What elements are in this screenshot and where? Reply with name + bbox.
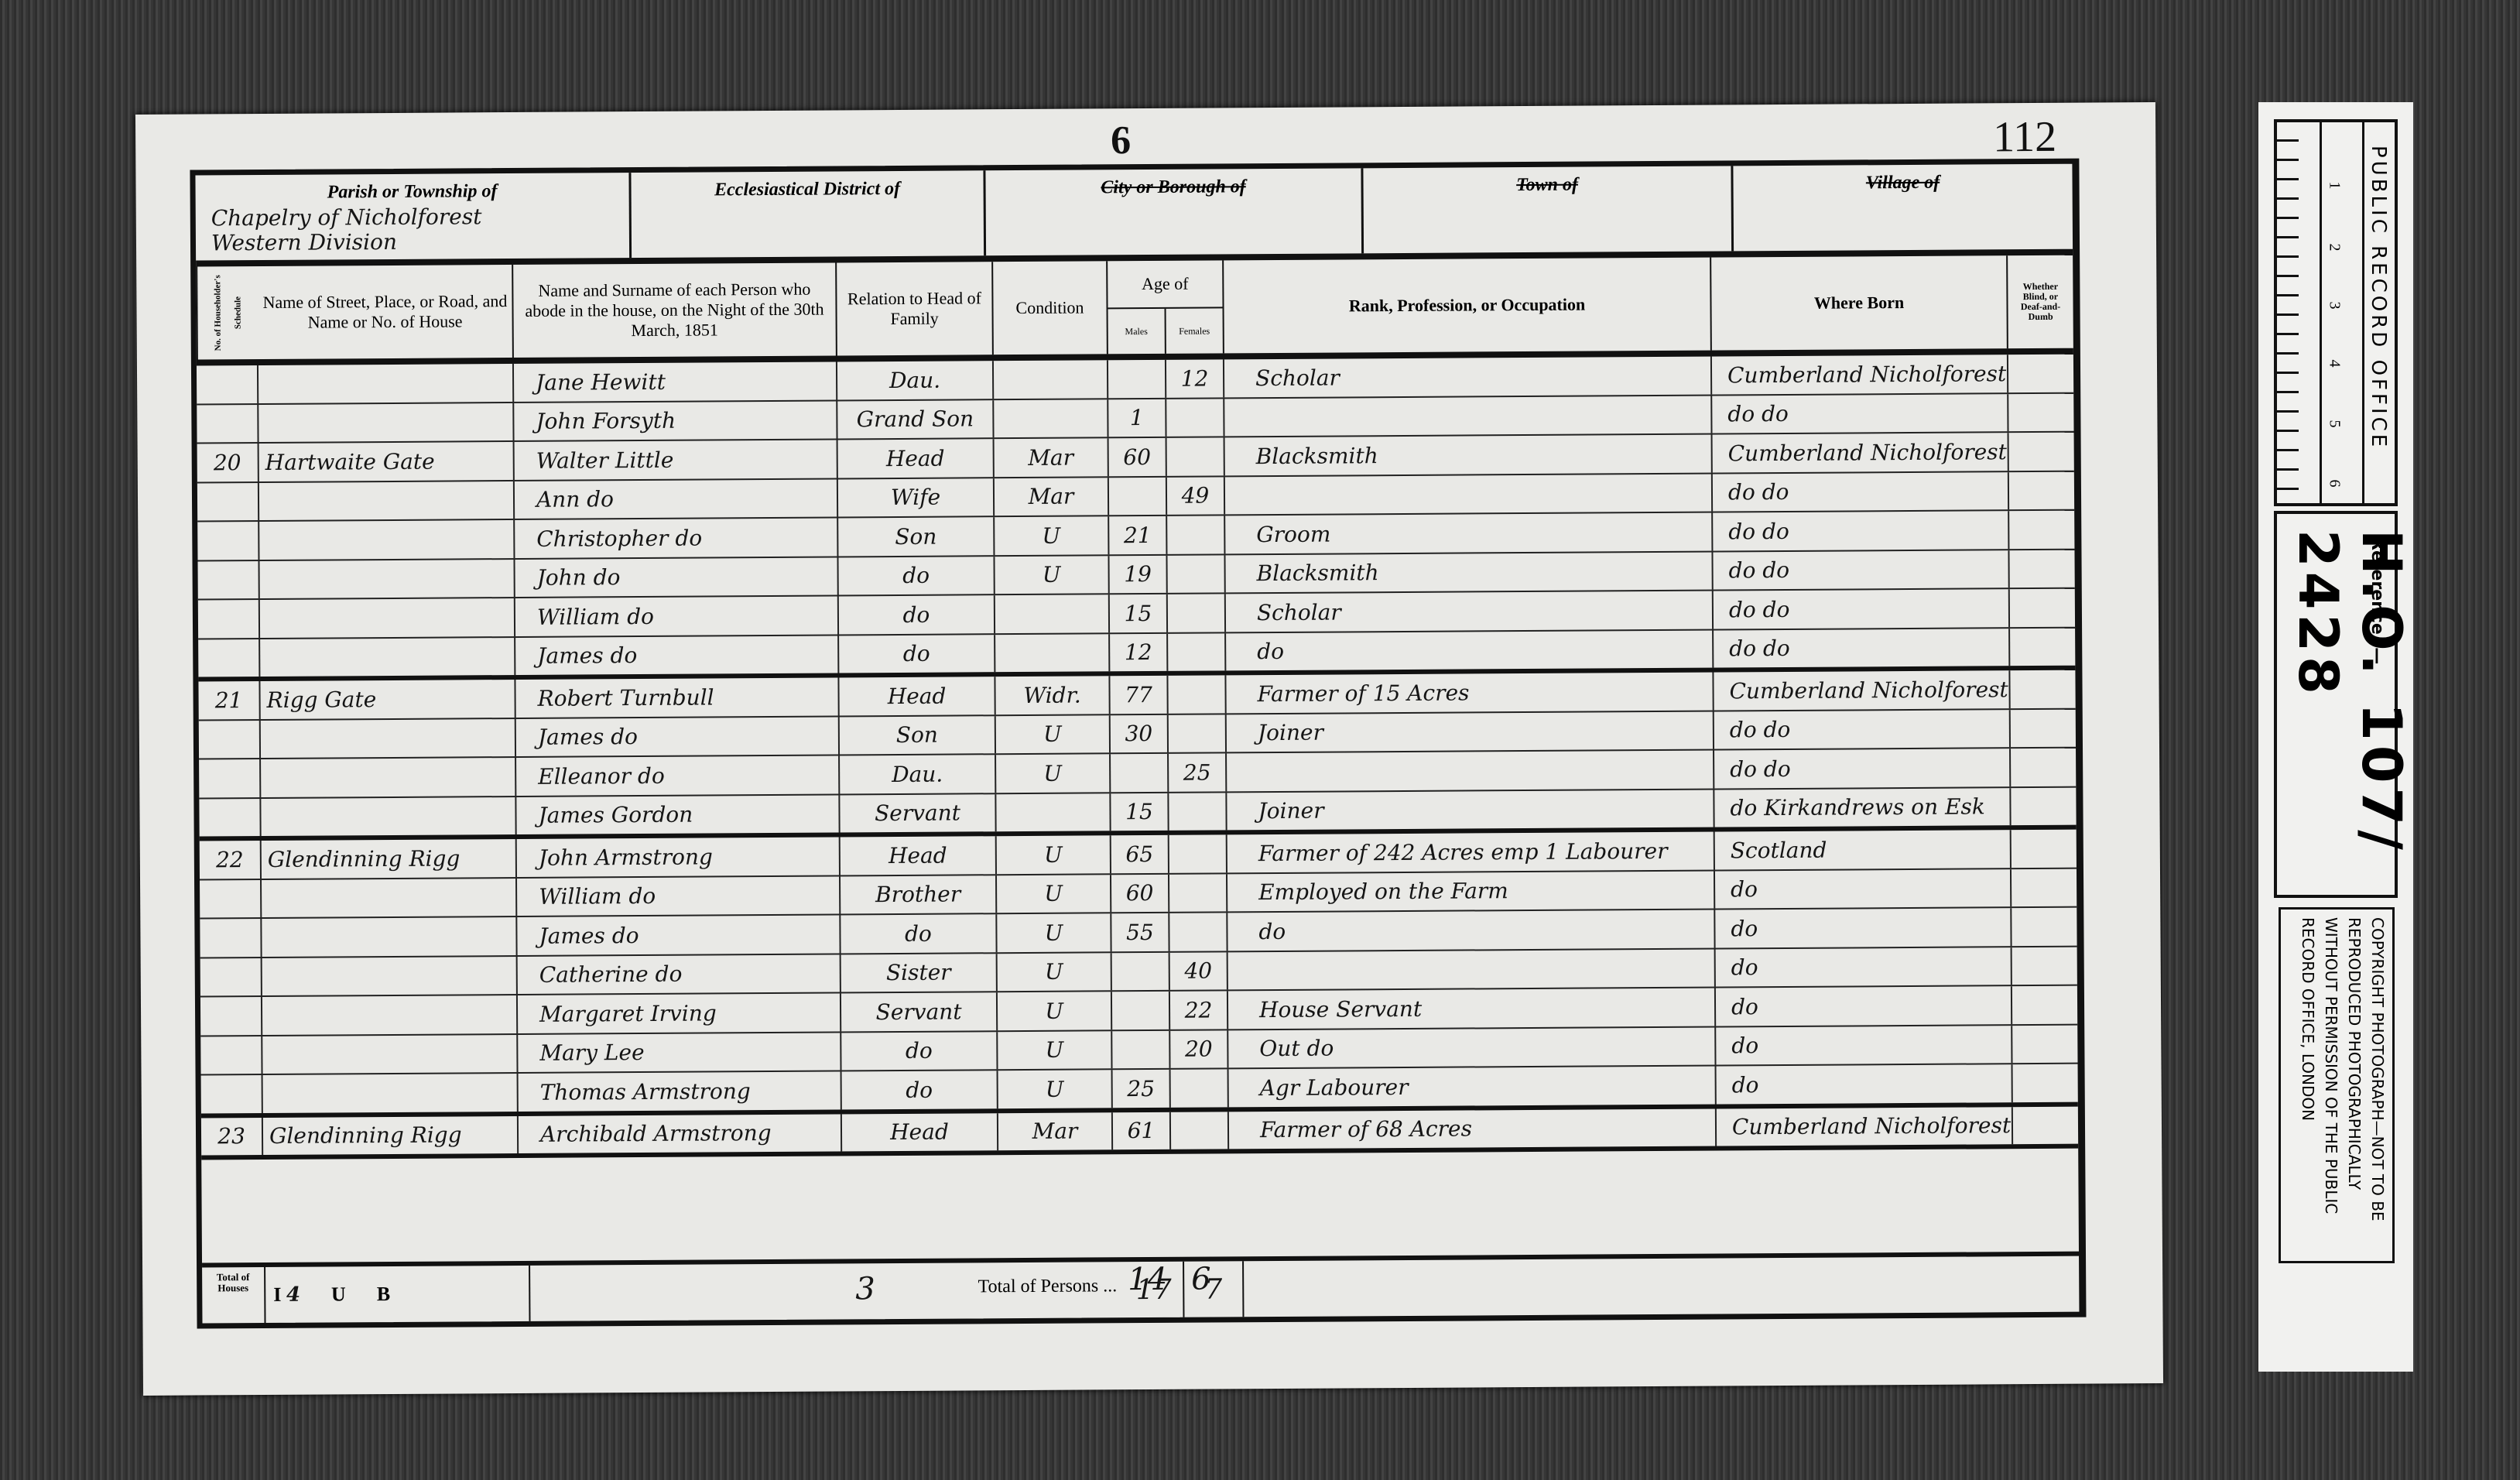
blind-deaf-dumb — [2011, 787, 2076, 825]
male-age: 60 — [1109, 438, 1167, 476]
occupation: Joiner — [1227, 711, 1714, 752]
relation: Dau. — [837, 361, 994, 399]
street-name — [261, 758, 516, 797]
person-name: Archibald Armstrong — [519, 1114, 842, 1153]
blind-deaf-dumb — [2009, 433, 2074, 471]
relation: Grand Son — [837, 400, 994, 439]
inhabited-label: I — [273, 1283, 281, 1306]
blind-deaf-dumb — [2012, 908, 2077, 946]
condition: Mar — [995, 478, 1109, 516]
col-street: Name of Street, Place, or Road, and Name… — [258, 265, 514, 359]
building-label: B — [377, 1283, 391, 1306]
male-age — [1112, 992, 1170, 1029]
relation: Servant — [840, 794, 996, 833]
uninhabited-label: U — [331, 1283, 346, 1306]
blind-deaf-dumb — [2012, 1025, 2077, 1063]
recount-females: 6 — [1191, 1262, 1211, 1297]
street-name — [259, 520, 515, 560]
female-age: 49 — [1167, 477, 1225, 515]
female-age — [1171, 1069, 1229, 1107]
blind-deaf-dumb — [2013, 1106, 2078, 1144]
person-name: John do — [515, 557, 838, 597]
col-where-born: Where Born — [1711, 255, 2008, 350]
occupation: do — [1226, 630, 1714, 670]
condition: U — [998, 953, 1112, 991]
schedule-no: 21 — [198, 681, 260, 719]
female-age: 40 — [1170, 952, 1228, 990]
street-name — [259, 364, 514, 403]
ecclesiastical-cell: Ecclesiastical District of — [631, 170, 986, 258]
condition: Mar — [998, 1112, 1113, 1150]
street-name: Glendinning Rigg — [262, 839, 517, 879]
female-age: 12 — [1166, 359, 1224, 397]
inhabited-value: 4 — [286, 1283, 300, 1307]
condition — [994, 399, 1108, 437]
condition — [995, 594, 1110, 632]
town-cell: Town of — [1363, 166, 1734, 253]
page-number: 112 — [1993, 112, 2056, 162]
col-males: Males — [1108, 309, 1166, 354]
blind-deaf-dumb — [2008, 393, 2073, 431]
relation: do — [839, 635, 995, 673]
blind-deaf-dumb — [2009, 471, 2074, 509]
where-born: do do — [1714, 589, 2010, 629]
female-age — [1169, 834, 1227, 872]
person-name: William do — [517, 876, 841, 916]
person-name: William do — [515, 596, 839, 636]
schedule-no: 20 — [197, 444, 259, 481]
person-name: Christopher do — [515, 518, 838, 557]
blind-deaf-dumb — [2010, 628, 2075, 666]
relation: Son — [840, 716, 996, 755]
col-age-label: Age of — [1108, 260, 1222, 309]
female-age — [1167, 516, 1225, 553]
male-age — [1108, 360, 1166, 398]
reference-value: H.O. 107/ 2428 — [2286, 529, 2413, 895]
where-born: Cumberland Nicholforest — [1714, 670, 2010, 710]
occupation: Scholar — [1226, 591, 1714, 632]
blind-deaf-dumb — [2012, 947, 2077, 985]
village-label: Village of — [1733, 172, 2072, 195]
relation: do — [841, 1032, 998, 1071]
street-name: Hartwaite Gate — [259, 442, 515, 481]
condition: U — [995, 516, 1109, 554]
female-age — [1167, 437, 1225, 475]
person-name: Thomas Armstrong — [519, 1071, 842, 1111]
occupation — [1227, 751, 1714, 791]
condition: U — [997, 835, 1111, 873]
street-name — [262, 878, 517, 917]
relation: Head — [842, 1113, 998, 1152]
street-name — [261, 797, 516, 836]
relation: Brother — [841, 875, 997, 914]
condition: U — [998, 1031, 1112, 1069]
male-age: 25 — [1113, 1070, 1171, 1108]
schedule-no — [199, 799, 261, 837]
relation: Head — [841, 836, 997, 875]
relation: Head — [839, 677, 995, 715]
female-age: 22 — [1170, 991, 1228, 1029]
where-born: do — [1715, 869, 2012, 909]
occupation: Blacksmith — [1225, 435, 1713, 475]
street-name — [261, 718, 516, 758]
where-born: do — [1716, 947, 2012, 987]
female-age — [1168, 594, 1226, 632]
totals-annotation: 3 — [855, 1271, 875, 1307]
col-age: Age of Males Females — [1108, 260, 1224, 354]
ruler-cm-scale: 1 2 3 4 5 6 — [2320, 122, 2364, 503]
occupation: Blacksmith — [1225, 552, 1713, 592]
condition: Mar — [995, 438, 1109, 476]
female-age — [1169, 874, 1227, 912]
person-name: Robert Turnbull — [515, 677, 839, 717]
where-born: do do — [1713, 550, 2009, 590]
condition — [995, 634, 1110, 672]
condition: Widr. — [995, 676, 1110, 714]
person-name: James do — [517, 915, 841, 954]
where-born: do — [1717, 1064, 2013, 1104]
schedule-no — [199, 721, 261, 759]
schedule-no — [197, 561, 259, 599]
condition — [994, 360, 1108, 398]
street-name — [259, 560, 515, 599]
census-table: Parish or Township of Chapelry of Nichol… — [190, 159, 2086, 1329]
where-born: Cumberland Nicholforest — [1717, 1107, 2013, 1146]
where-born: do do — [1714, 749, 2011, 788]
office-name: PUBLIC RECORD OFFICE — [2367, 146, 2390, 450]
col-occupation: Rank, Profession, or Occupation — [1224, 258, 1712, 354]
occupation: Employed on the Farm — [1227, 871, 1715, 911]
parish-label: Parish or Township of — [196, 180, 629, 204]
male-age: 77 — [1110, 676, 1168, 714]
schedule-no — [199, 759, 261, 797]
occupation: House Servant — [1228, 988, 1716, 1029]
relation: Head — [838, 439, 995, 478]
occupation: Groom — [1225, 513, 1713, 553]
male-age: 1 — [1108, 399, 1166, 437]
occupation — [1224, 396, 1712, 436]
street-name — [262, 995, 518, 1035]
where-born: do — [1716, 1026, 2012, 1065]
census-rows: Jane HewittDau.12ScholarCumberland Nicho… — [197, 355, 2078, 1160]
schedule-no — [200, 958, 262, 996]
where-born: Cumberland Nicholforest — [1712, 355, 2008, 394]
ruler-ticks — [2277, 122, 2322, 503]
schedule-folio: 6 — [1111, 118, 1131, 163]
schedule-no: 22 — [200, 841, 262, 879]
pro-label-strip: 1 2 3 4 5 6 PUBLIC RECORD OFFICE H.O. 10… — [2258, 102, 2413, 1372]
street-name — [259, 481, 515, 521]
where-born: do do — [1713, 472, 2009, 512]
male-age — [1111, 754, 1169, 792]
where-born: do do — [1713, 511, 2009, 550]
male-age: 55 — [1111, 913, 1169, 951]
parish-cell: Parish or Township of Chapelry of Nichol… — [195, 173, 632, 260]
schedule-no — [197, 405, 259, 443]
condition: U — [997, 913, 1111, 951]
person-name: Jane Hewitt — [514, 361, 837, 401]
reference-label: Reference :— — [2368, 537, 2387, 664]
census-page: 6 112 Parish or Township of Chapelry of … — [135, 102, 2163, 1396]
schedule-no — [200, 880, 262, 918]
reference-box: H.O. 107/ 2428 Reference :— — [2274, 511, 2398, 898]
occupation: Scholar — [1224, 357, 1712, 397]
occupation: Farmer of 242 Acres emp 1 Labourer — [1227, 832, 1715, 872]
scale-ruler: 1 2 3 4 5 6 PUBLIC RECORD OFFICE — [2274, 119, 2398, 506]
schedule-no — [200, 1036, 262, 1074]
street-name — [262, 956, 518, 995]
blind-deaf-dumb — [2009, 511, 2074, 549]
schedule-no — [200, 919, 262, 957]
condition: U — [997, 875, 1111, 913]
total-houses: I 4 U B — [265, 1266, 530, 1323]
female-age — [1167, 555, 1225, 593]
condition — [996, 793, 1111, 831]
relation: Son — [838, 517, 995, 556]
female-age: 20 — [1170, 1030, 1228, 1068]
street-name: Rigg Gate — [260, 680, 515, 719]
male-age: 12 — [1110, 633, 1168, 671]
blind-deaf-dumb — [2011, 709, 2076, 747]
district-header: Parish or Township of Chapelry of Nichol… — [195, 164, 2073, 267]
col-name: Name and Surname of each Person who abod… — [513, 262, 837, 358]
person-name: Elleanor do — [516, 755, 840, 795]
street-name — [259, 403, 514, 443]
blind-deaf-dumb — [2012, 830, 2077, 868]
female-age — [1169, 793, 1227, 831]
person-name: James do — [516, 717, 840, 756]
male-age — [1112, 952, 1170, 990]
street-name — [262, 917, 517, 957]
city-cell: City or Borough of — [985, 168, 1364, 255]
schedule-no — [197, 483, 259, 521]
male-age: 30 — [1111, 714, 1169, 752]
blind-deaf-dumb — [2010, 589, 2075, 627]
street-name — [260, 598, 515, 638]
schedule-no — [197, 365, 259, 403]
relation: do — [839, 595, 995, 634]
blind-deaf-dumb — [2009, 550, 2074, 588]
male-age: 15 — [1110, 594, 1168, 632]
recount-males: 14 — [1128, 1262, 1167, 1297]
col-condition: Condition — [993, 261, 1108, 355]
town-label: Town of — [1363, 173, 1731, 197]
ecclesiastical-label: Ecclesiastical District of — [632, 178, 984, 201]
street-name — [262, 1034, 518, 1074]
col-relation: Relation to Head of Family — [837, 262, 994, 355]
condition: U — [998, 992, 1112, 1029]
column-headers: No. of Householder's Schedule Name of St… — [196, 255, 2073, 366]
female-age — [1168, 675, 1226, 713]
female-age — [1169, 913, 1227, 951]
where-born: Cumberland Nicholforest — [1713, 433, 2009, 472]
blind-deaf-dumb — [2012, 868, 2077, 906]
female-age — [1171, 1112, 1229, 1149]
street-name — [263, 1074, 519, 1113]
where-born: do — [1716, 986, 2012, 1026]
female-age: 25 — [1169, 753, 1227, 791]
occupation: Agr Labourer — [1229, 1067, 1717, 1107]
city-label: City or Borough of — [985, 176, 1361, 199]
relation: Sister — [841, 954, 998, 992]
schedule-no — [201, 1075, 263, 1113]
where-born: do do — [1714, 710, 2011, 749]
male-age: 19 — [1109, 555, 1167, 593]
where-born: do Kirkandrews on Esk — [1714, 788, 2011, 827]
parish-value: Chapelry of Nicholforest Western Divisio… — [211, 204, 505, 255]
female-age — [1166, 399, 1224, 437]
person-name: Catherine do — [518, 954, 841, 994]
person-name: Margaret Irving — [518, 993, 841, 1033]
occupation — [1225, 474, 1713, 514]
condition: U — [998, 1070, 1113, 1108]
male-age: 60 — [1111, 874, 1169, 912]
male-age — [1109, 477, 1167, 515]
total-persons-cell: 3 Total of Persons ... — [530, 1262, 1125, 1321]
occupation: Farmer of 15 Acres — [1226, 673, 1714, 713]
person-name: John Forsyth — [514, 401, 837, 440]
person-name: Ann do — [515, 479, 838, 519]
relation: do — [838, 557, 995, 595]
occupation: do — [1227, 910, 1715, 951]
schedule-no: 23 — [201, 1118, 263, 1156]
blind-deaf-dumb — [2010, 670, 2075, 708]
person-name: Walter Little — [515, 440, 838, 479]
relation: do — [841, 914, 997, 953]
blind-deaf-dumb — [2011, 749, 2076, 786]
schedule-no — [198, 639, 260, 677]
male-age: 65 — [1111, 835, 1169, 873]
blind-deaf-dumb — [2012, 986, 2077, 1024]
condition: U — [996, 754, 1111, 792]
street-name — [260, 637, 515, 677]
relation: Wife — [838, 478, 995, 517]
where-born: do — [1715, 908, 2012, 947]
occupation — [1228, 949, 1716, 989]
schedule-no — [197, 522, 259, 560]
where-born: do do — [1714, 629, 2010, 668]
relation: Dau. — [840, 755, 996, 793]
relation: do — [842, 1071, 998, 1109]
relation: Servant — [841, 992, 998, 1031]
where-born: Scotland — [1715, 830, 2012, 869]
person-name: James do — [515, 636, 839, 675]
blind-deaf-dumb — [2013, 1064, 2078, 1102]
total-houses-label: Total of Houses — [202, 1267, 265, 1323]
occupation: Joiner — [1227, 790, 1714, 830]
person-name: John Armstrong — [517, 837, 841, 876]
where-born: do do — [1712, 394, 2008, 433]
occupation: Farmer of 68 Acres — [1229, 1108, 1717, 1149]
col-females: Females — [1166, 308, 1223, 353]
condition: U — [995, 556, 1109, 594]
male-age: 61 — [1113, 1112, 1171, 1149]
male-age: 15 — [1111, 793, 1169, 831]
female-age — [1169, 714, 1227, 752]
schedule-no — [200, 997, 262, 1035]
male-age — [1112, 1030, 1170, 1068]
person-name: James Gordon — [516, 795, 840, 834]
condition: U — [996, 715, 1111, 753]
col-schedule: No. of Householder's Schedule — [196, 266, 259, 359]
person-name: Mary Lee — [518, 1033, 841, 1072]
copyright-notice: COPYRIGHT PHOTOGRAPH—NOT TO BE REPRODUCE… — [2279, 907, 2395, 1263]
blind-deaf-dumb — [2008, 355, 2073, 392]
total-persons-label: Total of Persons ... — [978, 1276, 1118, 1297]
col-blind: Whether Blind, or Deaf-and-Dumb — [2008, 255, 2073, 349]
male-age: 21 — [1109, 516, 1167, 554]
street-name: Glendinning Rigg — [263, 1115, 519, 1155]
occupation: Out do — [1228, 1027, 1716, 1067]
schedule-no — [198, 600, 260, 638]
female-age — [1168, 633, 1226, 671]
village-cell: Village of — [1733, 164, 2073, 252]
